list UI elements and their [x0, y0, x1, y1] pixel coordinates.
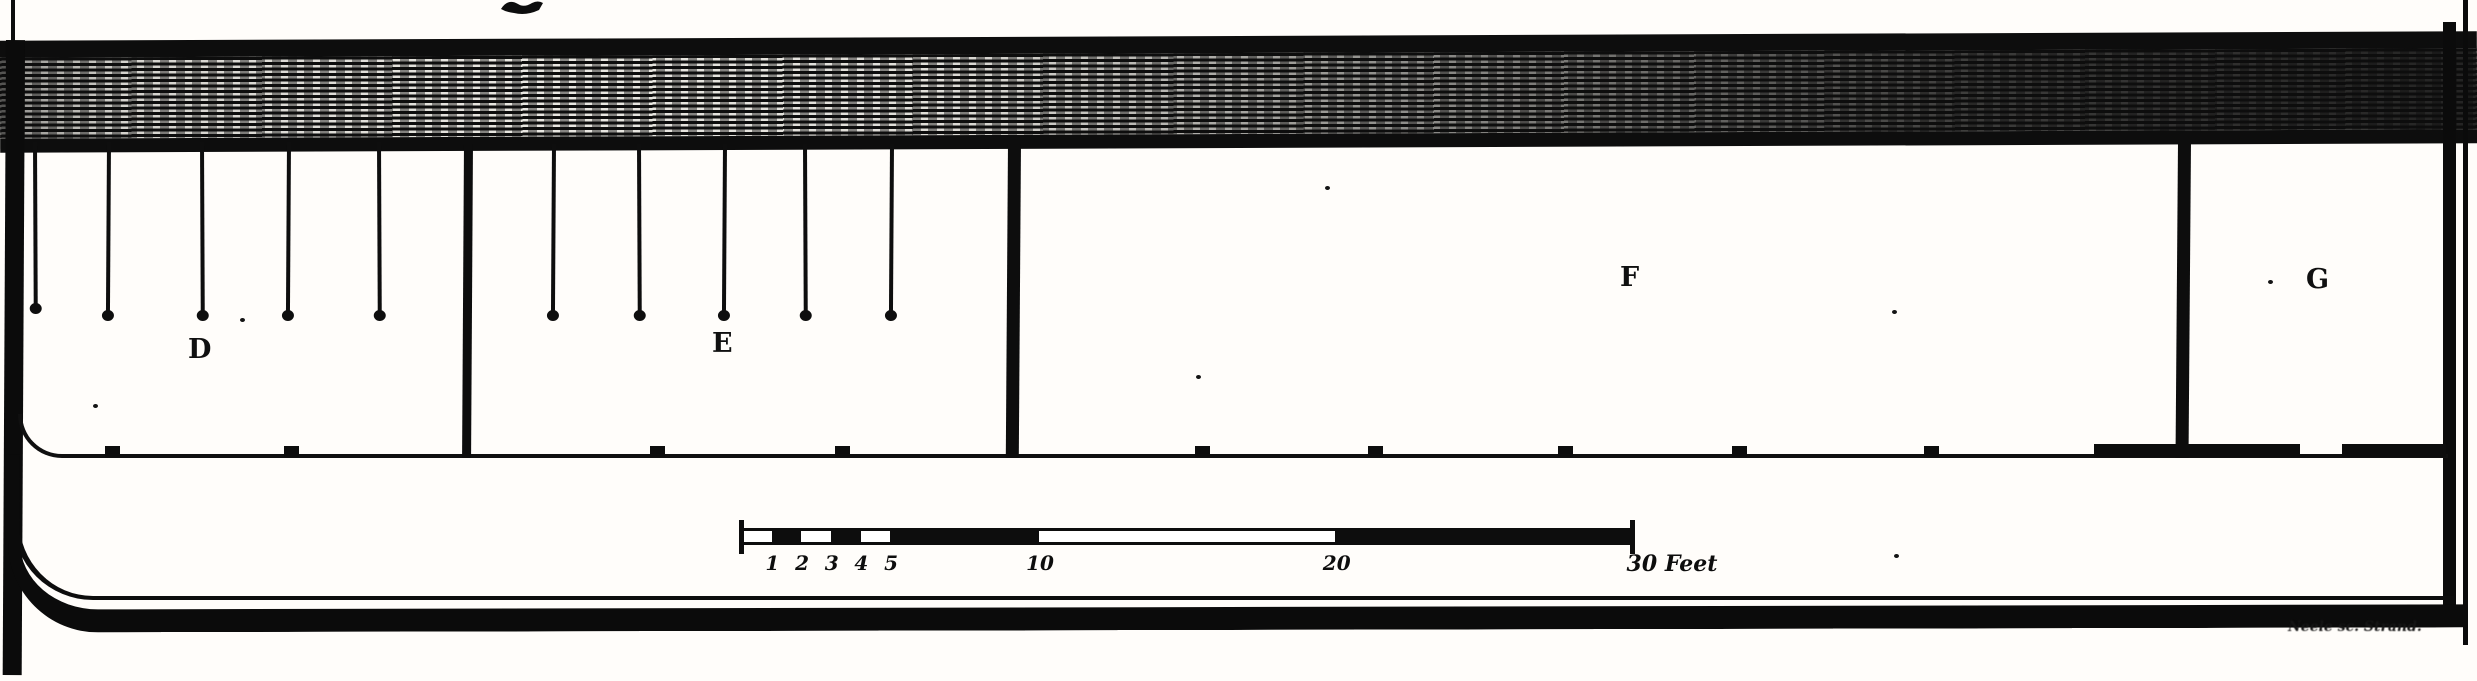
- rail-foot-block: [1558, 446, 1573, 457]
- pendant-line: [33, 142, 38, 308]
- scale-tick-label: 30 Feet: [1627, 551, 1718, 577]
- scale-bar-track: [742, 528, 1632, 545]
- scale-segment-0-1: [742, 528, 772, 545]
- section-label-E: E: [712, 330, 734, 357]
- pendant-line: [551, 144, 556, 315]
- pendant-line: [803, 144, 808, 315]
- pendant-line: [286, 142, 291, 315]
- scale-segment-3-4: [831, 528, 861, 545]
- section-divider: [462, 142, 473, 458]
- rail-foot-block: [835, 446, 850, 457]
- section-divider: [2176, 142, 2191, 458]
- rail-foot-block: [1732, 446, 1747, 457]
- engraver-credit: Neele sc. Strand.: [2288, 619, 2422, 635]
- pendant-line: [200, 142, 205, 315]
- scale-end-tick-left: [739, 520, 744, 554]
- engraving-plate: DEFG 12345102030 Feet Neele sc. Strand.: [0, 0, 2477, 681]
- rail-foot-block: [105, 446, 120, 457]
- section-label-F: F: [1620, 264, 1640, 291]
- scale-segment-10-20: [1039, 528, 1336, 545]
- scale-tick-label: 1: [765, 551, 779, 575]
- g-section-sill: [2342, 444, 2446, 457]
- scale-segment-2-3: [801, 528, 831, 545]
- ink-speck: [1196, 375, 1201, 379]
- pendant-ball: [634, 310, 646, 321]
- ink-speck: [240, 318, 245, 322]
- pendant-ball: [197, 310, 209, 321]
- rail-foot-block: [650, 446, 665, 457]
- scale-tick-label: 2: [795, 551, 809, 575]
- pendant-ball: [30, 303, 42, 314]
- rail-foot-block: [284, 446, 299, 457]
- scale-segment-20-30: [1335, 528, 1632, 545]
- scale-tick-label: 3: [825, 551, 839, 575]
- ink-speck: [1325, 186, 1330, 190]
- pendant-ball: [102, 310, 114, 321]
- rail-foot-block: [1924, 446, 1939, 457]
- section-label-G: G: [2306, 266, 2330, 293]
- pendant-line: [637, 144, 642, 315]
- pendant-ball: [885, 310, 897, 321]
- section-divider: [1006, 142, 1021, 458]
- scale-tick-label: 10: [1026, 551, 1054, 575]
- section-label-D: D: [188, 336, 212, 363]
- ink-speck: [2268, 280, 2273, 284]
- ink-speck: [1894, 554, 1899, 558]
- pendant-line: [889, 144, 894, 315]
- scale-segment-4-5: [861, 528, 891, 545]
- ink-speck: [1892, 310, 1897, 314]
- pendant-ball: [374, 310, 386, 321]
- pendant-ball: [547, 310, 559, 321]
- rail-foot-block: [1195, 446, 1210, 457]
- g-section-sill: [2094, 444, 2300, 457]
- pendant-line: [377, 142, 382, 315]
- scale-segment-1-2: [772, 528, 802, 545]
- scale-tick-label: 20: [1323, 551, 1351, 575]
- pendant-ball: [718, 310, 730, 321]
- ink-speck: [93, 404, 98, 408]
- scale-tick-label: 5: [884, 551, 898, 575]
- pendant-ball: [800, 310, 812, 321]
- scale-end-tick-right: [1630, 520, 1635, 554]
- scale-tick-label: 4: [854, 551, 868, 575]
- scale-segment-5-10: [890, 528, 1038, 545]
- pendant-line: [106, 142, 111, 315]
- pendant-line: [722, 144, 727, 315]
- scale-bar: 12345102030 Feet: [742, 520, 1632, 600]
- pendant-ball: [282, 310, 294, 321]
- rail-foot-block: [1368, 446, 1383, 457]
